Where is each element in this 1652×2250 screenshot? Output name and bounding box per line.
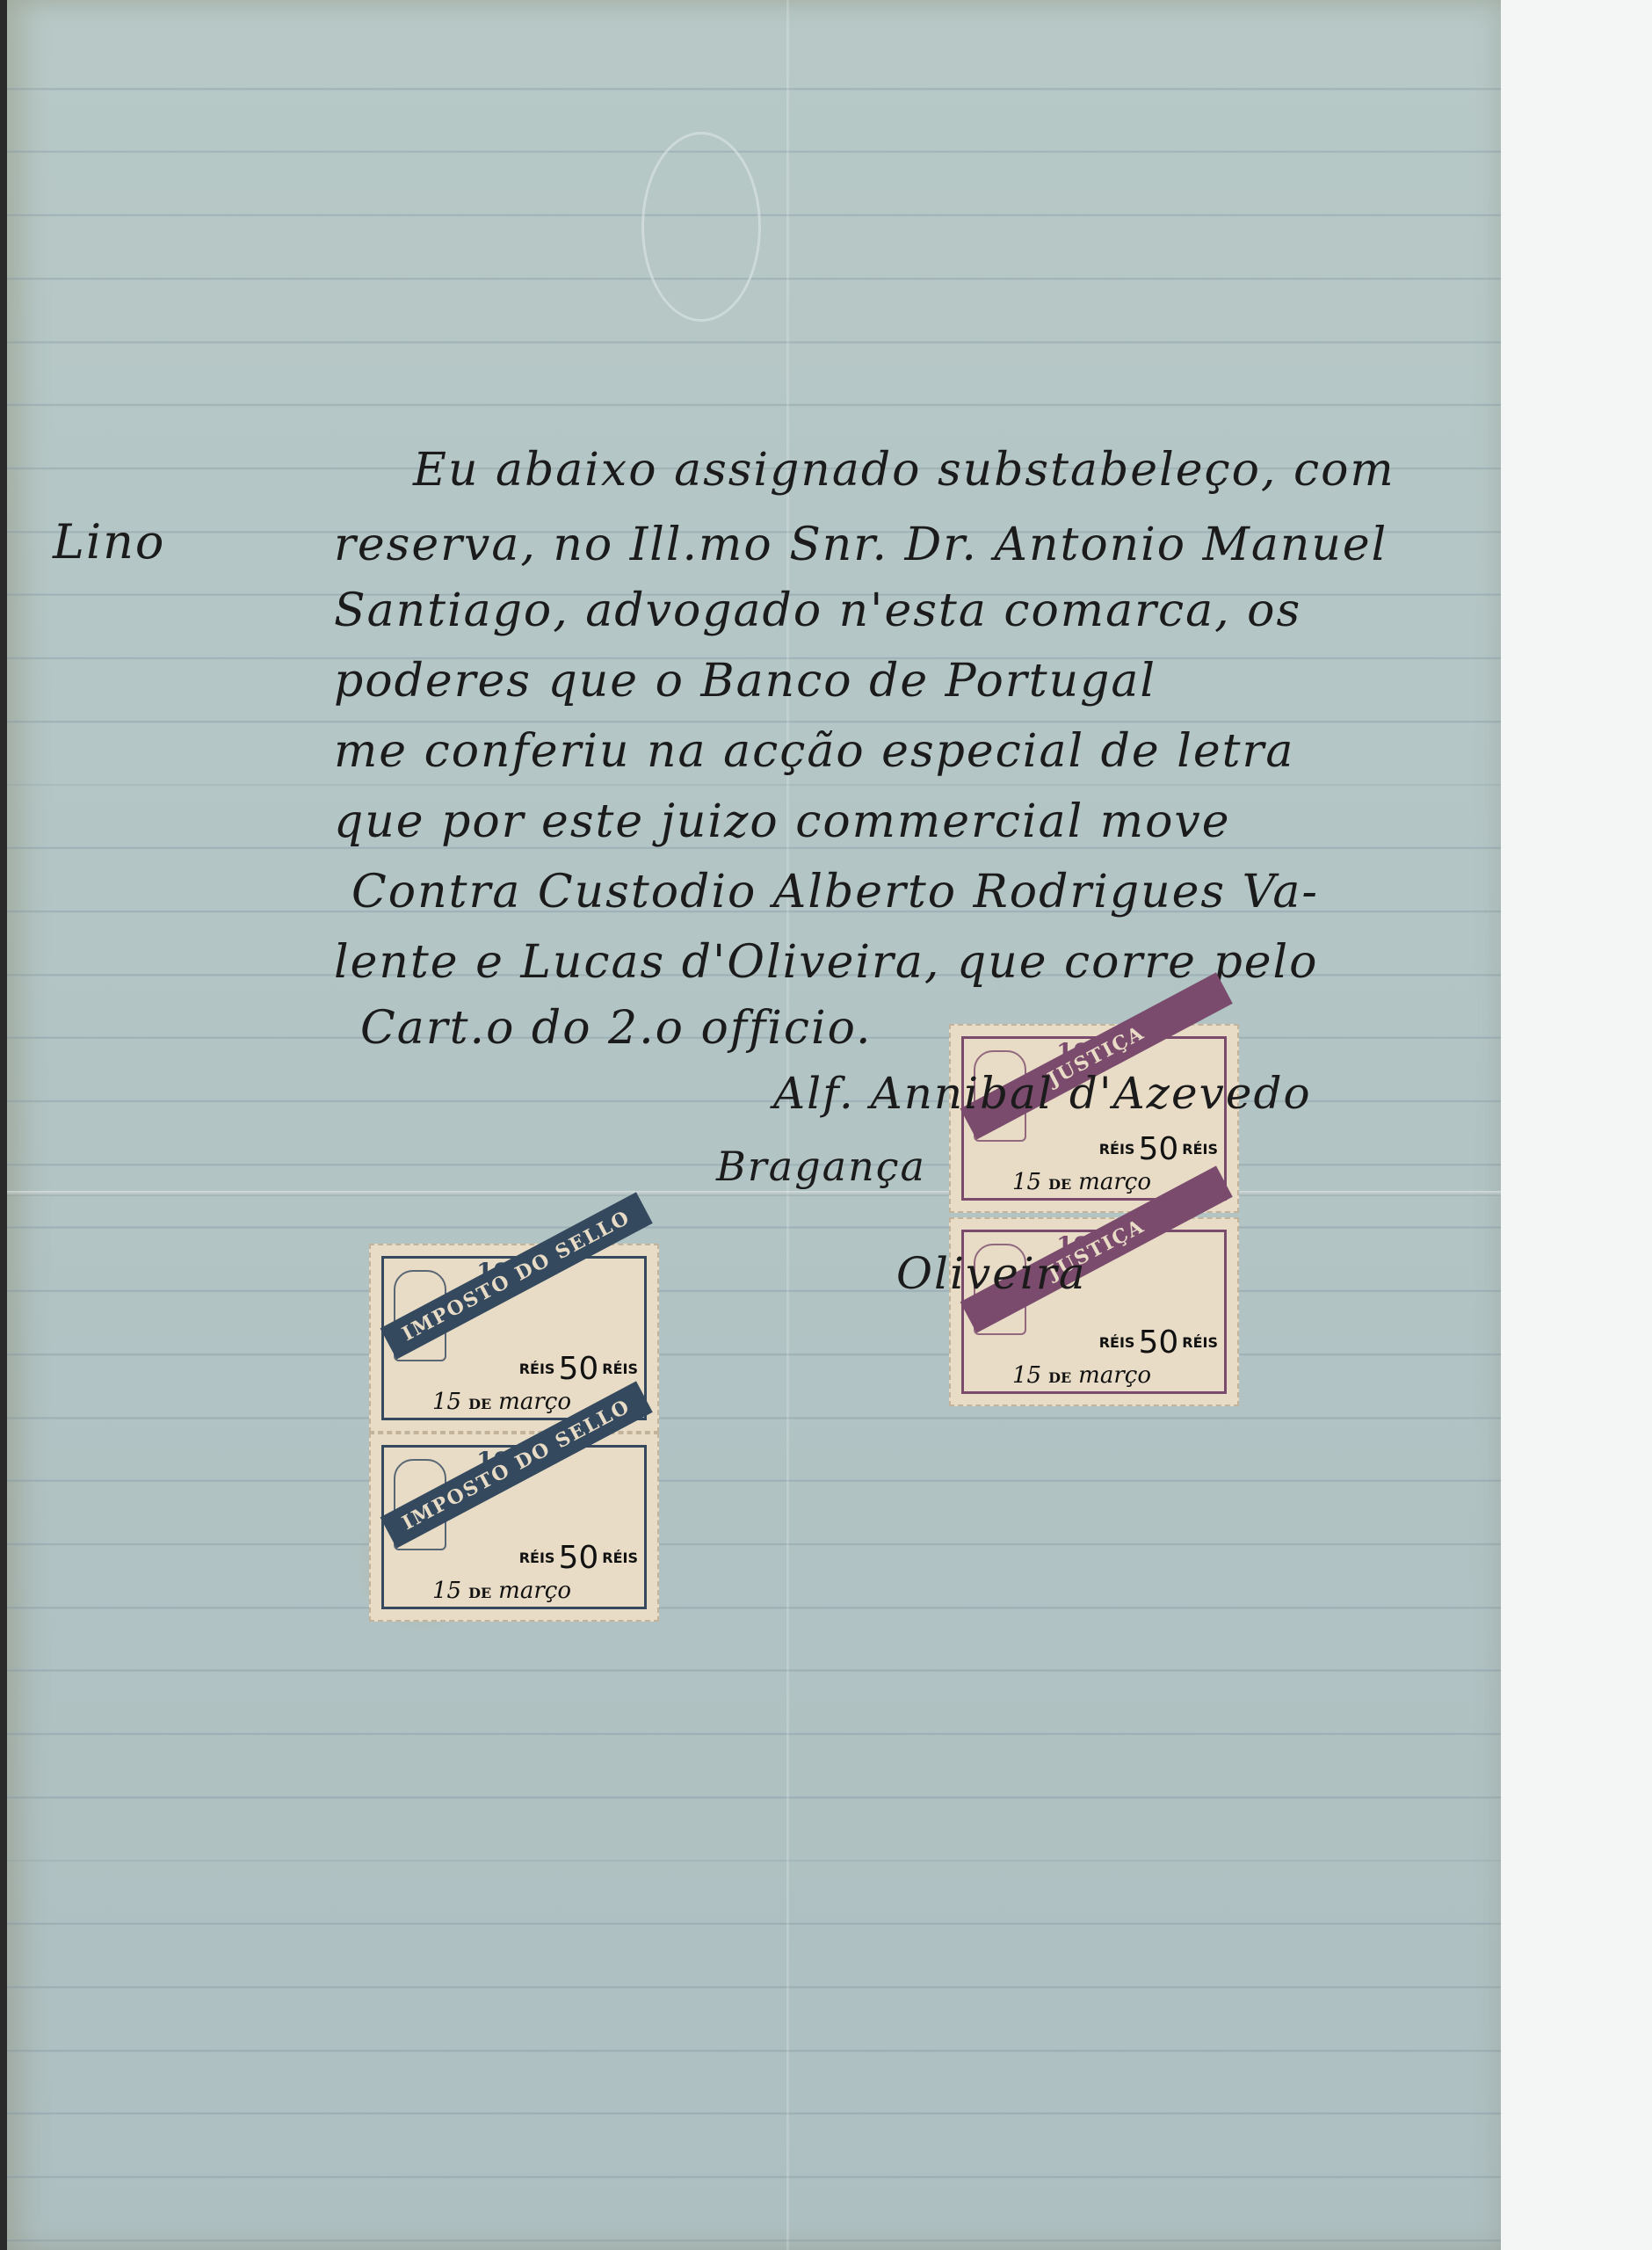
body-line-3: Santiago, advogado n'esta comarca, os — [334, 584, 1301, 637]
body-line-1: Eu abaixo assignado substabeleço, com — [413, 444, 1395, 497]
stamp-cancellation-date: 15DEmarço — [1012, 1362, 1151, 1389]
signature-primary: Alf. Annibal d'Azevedo — [773, 1068, 1312, 1119]
stamp-value: RÉIS50RÉIS — [1099, 1325, 1218, 1361]
embossed-seal-icon — [641, 132, 761, 322]
stamp-cancellation-date: 15DEmarço — [1012, 1169, 1151, 1195]
body-line-2: reserva, no Ill.mo Snr. Dr. Antonio Manu… — [334, 519, 1388, 571]
body-line-6: que por este juizo commercial move — [334, 795, 1231, 848]
fold-crease-horizontal — [7, 1191, 1501, 1196]
body-line-9: Cart.o do 2.o officio. — [360, 1002, 873, 1055]
stamp-value: RÉIS50RÉIS — [1099, 1131, 1218, 1167]
margin-note: Lino — [53, 514, 165, 570]
scan-edge — [0, 0, 7, 2250]
body-line-4: poderes que o Banco de Portugal — [334, 655, 1156, 708]
body-line-7: Contra Custodio Alberto Rodrigues Va- — [351, 866, 1319, 918]
stamp-cancellation-date: 15DEmarço — [432, 1578, 571, 1604]
revenue-stamp-justica: 1906 JUSTIÇA RÉIS50RÉIS 15DEmarço — [949, 1217, 1239, 1406]
fold-crease-vertical — [786, 0, 789, 2250]
stamp-cancellation-date: 15DEmarço — [432, 1389, 571, 1415]
revenue-stamp-imposto-do-sello: 1906 IMPOSTO DO SELLO RÉIS50RÉIS 15DEmar… — [369, 1433, 659, 1622]
stamp-value: RÉIS50RÉIS — [519, 1540, 638, 1576]
body-line-8: lente e Lucas d'Oliveira, que corre pelo — [334, 936, 1318, 989]
stamp-value: RÉIS50RÉIS — [519, 1351, 638, 1387]
body-line-5: me conferiu na acção especial de letra — [334, 725, 1294, 778]
place-name: Bragança — [716, 1143, 926, 1190]
document-paper — [7, 0, 1501, 2250]
signature-secondary: Oliveira — [896, 1248, 1087, 1299]
